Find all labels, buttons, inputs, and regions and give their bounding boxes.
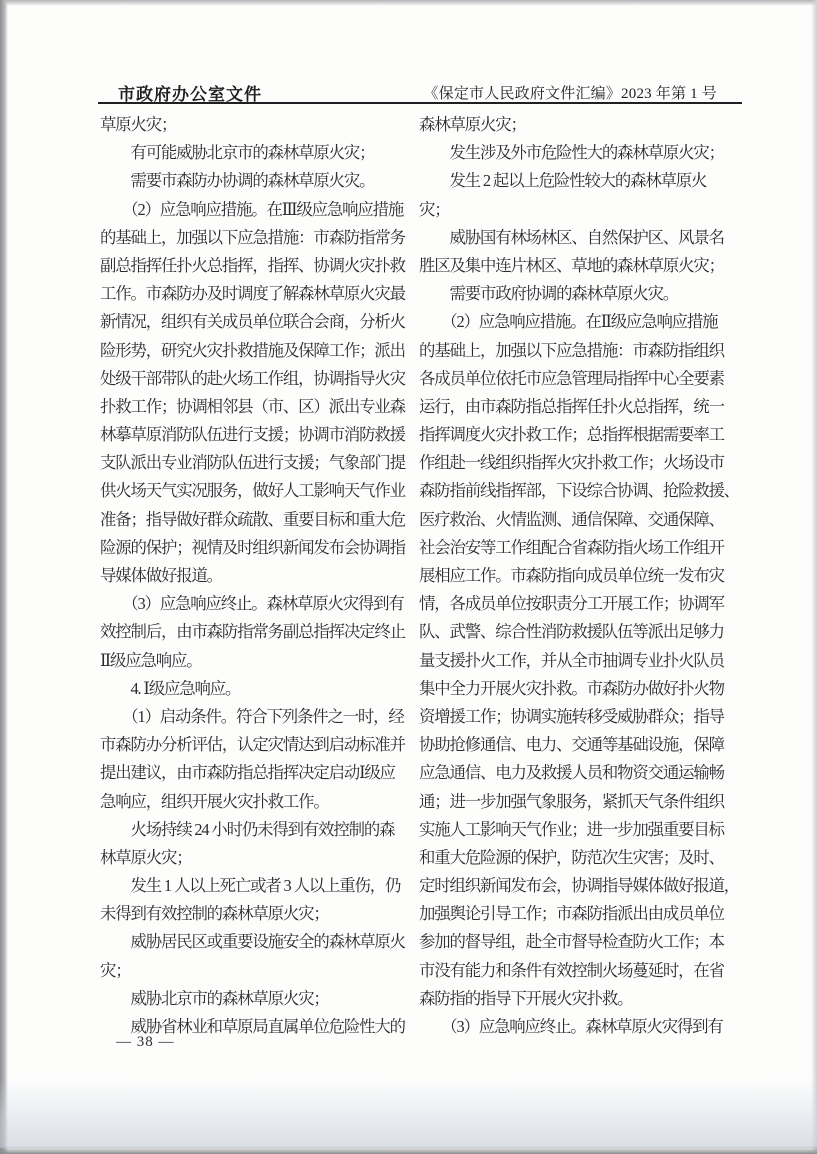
text-line: Ⅱ级应急响应。 — [100, 647, 412, 675]
text-line: 效控制后，由市森防指常务副总指挥决定终止 — [100, 618, 412, 646]
text-line: 副总指挥任扑火总指挥，指挥、协调火灾扑救 — [100, 252, 412, 280]
text-line: 威胁居民区或重要设施安全的森林草原火 — [100, 928, 412, 956]
scan-edge-top — [0, 0, 817, 6]
scan-edge-left — [0, 0, 8, 1154]
text-line: 威胁北京市的森林草原火灾； — [100, 985, 412, 1013]
text-line: 量支援扑火工作，并从全市抽调专业扑火队员 — [419, 647, 731, 675]
text-line: 有可能威胁北京市的森林草原火灾； — [100, 139, 412, 167]
text-line: 集中全力开展火灾扑救。市森防办做好扑火物 — [419, 675, 731, 703]
text-line: 实施人工影响天气作业；进一步加强重要目标 — [419, 816, 731, 844]
text-line: 资增援工作；协调实施转移受威胁群众；指导 — [419, 703, 731, 731]
text-line: 需要市政府协调的森林草原火灾。 — [419, 280, 731, 308]
scan-edge-right — [811, 0, 817, 1154]
header-rule — [98, 102, 742, 104]
text-line: 胜区及集中连片林区、草地的森林草原火灾； — [419, 252, 731, 280]
text-line: 准备；指导做好群众疏散、重要目标和重大危 — [100, 506, 412, 534]
text-line: 供火场天气实况服务，做好人工影响天气作业 — [100, 477, 412, 505]
text-line: 工作。市森防办及时调度了解森林草原火灾最 — [100, 280, 412, 308]
text-line: 扑救工作；协调相邻县（市、区）派出专业森 — [100, 393, 412, 421]
text-line: 市没有能力和条件有效控制火场蔓延时，在省 — [419, 957, 731, 985]
text-line: 医疗救治、火情监测、通信保障、交通保障、 — [419, 506, 731, 534]
text-line: 威胁国有林场林区、自然保护区、风景名 — [419, 224, 731, 252]
text-line: 提出建议，由市森防指总指挥决定启动Ⅰ级应 — [100, 759, 412, 787]
text-line: 各成员单位依托市应急管理局指挥中心全要素 — [419, 365, 731, 393]
text-line: 未得到有效控制的森林草原火灾； — [100, 900, 412, 928]
text-line: （1）启动条件。符合下列条件之一时，经 — [100, 703, 412, 731]
text-line: 险形势，研究火灾扑救措施及保障工作；派出 — [100, 337, 412, 365]
scan-edge-bottom — [0, 1146, 817, 1154]
text-column-right: 森林草原火灾； 发生涉及外市危险性大的森林草原火灾； 发生 2 起以上危险性较大… — [419, 111, 731, 1041]
text-line: 林草原火灾； — [100, 844, 412, 872]
text-line: 火场持续 24 小时仍未得到有效控制的森 — [100, 816, 412, 844]
text-line: 草原火灾； — [100, 111, 412, 139]
text-line: （3）应急响应终止。森林草原火灾得到有 — [100, 590, 412, 618]
text-line: 发生 2 起以上危险性较大的森林草原火 — [419, 167, 731, 195]
text-line: 的基础上，加强以下应急措施：市森防指常务 — [100, 224, 412, 252]
text-line: 的基础上，加强以下应急措施：市森防指组织 — [419, 337, 731, 365]
text-line: 灾； — [419, 196, 731, 224]
header-compilation-title: 《保定市人民政府文件汇编》2023 年第 1 号 — [423, 82, 717, 103]
text-line: 和重大危险源的保护，防范次生灾害；及时、 — [419, 844, 731, 872]
text-line: 社会治安等工作组配合省森防指火场工作组开 — [419, 534, 731, 562]
text-line: 需要市森防办协调的森林草原火灾。 — [100, 167, 412, 195]
text-line: 森防指前线指挥部，下设综合协调、抢险救援、 — [419, 477, 731, 505]
text-line: （3）应急响应终止。森林草原火灾得到有 — [419, 1013, 731, 1041]
text-line: 队、武警、综合性消防救援队伍等派出足够力 — [419, 618, 731, 646]
text-line: 展相应工作。市森防指向成员单位统一发布灾 — [419, 562, 731, 590]
text-line: 发生 1 人以上死亡或者 3 人以上重伤，仍 — [100, 872, 412, 900]
text-line: 市森防办分析评估，认定灾情达到启动标准并 — [100, 731, 412, 759]
text-line: 支队派出专业消防队伍进行支援；气象部门提 — [100, 449, 412, 477]
text-line: 协助抢修通信、电力、交通等基础设施，保障 — [419, 731, 731, 759]
text-line: 参加的督导组，赴全市督导检查防火工作；本 — [419, 928, 731, 956]
text-line: 发生涉及外市危险性大的森林草原火灾； — [419, 139, 731, 167]
text-line: 导媒体做好报道。 — [100, 562, 412, 590]
text-line: （2）应急响应措施。在Ⅱ级应急响应措施 — [419, 308, 731, 336]
text-line: 加强舆论引导工作；市森防指派出由成员单位 — [419, 900, 731, 928]
text-line: 情，各成员单位按职责分工开展工作；协调军 — [419, 590, 731, 618]
text-line: 灾； — [100, 957, 412, 985]
text-line: 新情况，组织有关成员单位联合会商，分析火 — [100, 308, 412, 336]
text-line: 森林草原火灾； — [419, 111, 731, 139]
text-line: 处级干部带队的赴火场工作组，协调指导火灾 — [100, 365, 412, 393]
page-number: — 38 — — [116, 1034, 175, 1051]
text-line: （2）应急响应措施。在Ⅲ级应急响应措施 — [100, 196, 412, 224]
text-line: 定时组织新闻发布会，协调指导媒体做好报道， — [419, 872, 731, 900]
text-line: 指挥调度火灾扑救工作；总指挥根据需要率工 — [419, 421, 731, 449]
text-line: 运行，由市森防指总指挥任扑火总指挥，统一 — [419, 393, 731, 421]
text-line: 作组赴一线组织指挥火灾扑救工作；火场设市 — [419, 449, 731, 477]
text-line: 通；进一步加强气象服务，紧抓天气条件组织 — [419, 788, 731, 816]
text-column-left: 草原火灾； 有可能威胁北京市的森林草原火灾； 需要市森防办协调的森林草原火灾。 … — [100, 111, 412, 1041]
text-line: 森防指的指导下开展火灾扑救。 — [419, 985, 731, 1013]
text-line: 林摹草原消防队伍进行支援；协调市消防救援 — [100, 421, 412, 449]
text-line: 应急通信、电力及救援人员和物资交通运输畅 — [419, 759, 731, 787]
text-line: 险源的保护；视情及时组织新闻发布会协调指 — [100, 534, 412, 562]
text-line: 急响应，组织开展火灾扑救工作。 — [100, 788, 412, 816]
text-line: 4. Ⅰ级应急响应。 — [100, 675, 412, 703]
scan-shading-bottom — [0, 1078, 817, 1148]
